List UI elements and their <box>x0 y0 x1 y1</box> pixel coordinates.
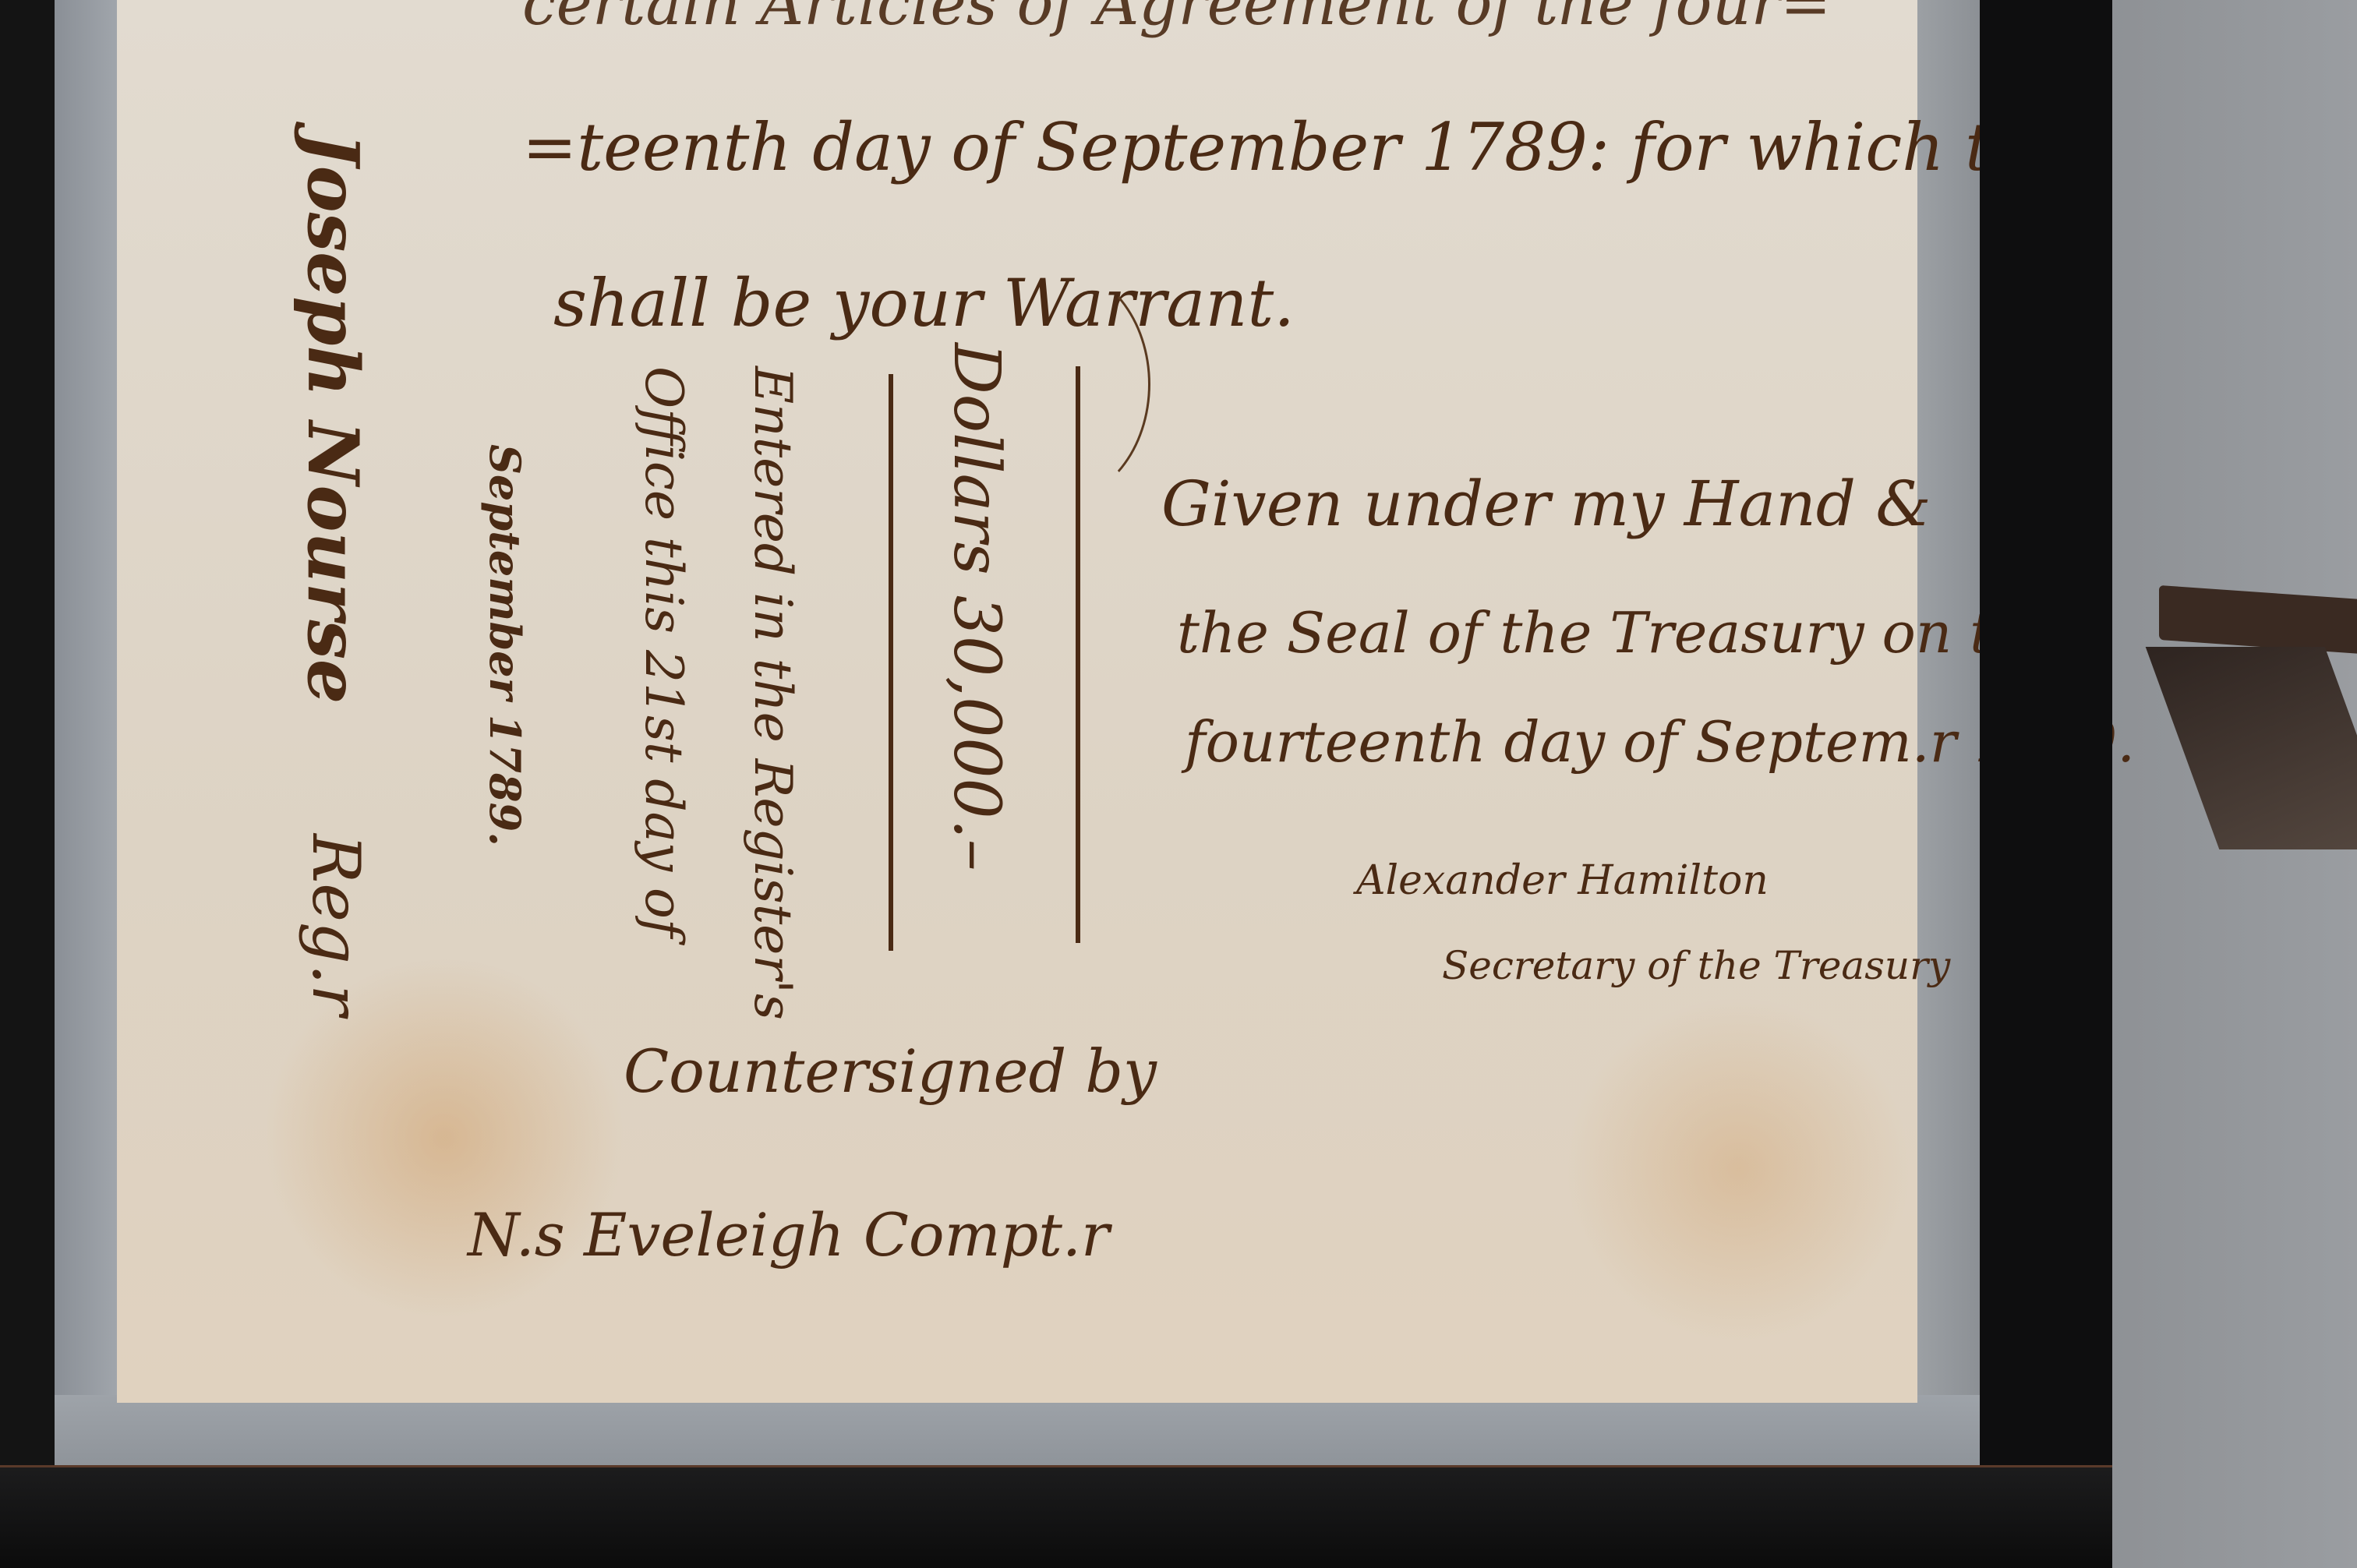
mat-left <box>55 0 125 1442</box>
countersigned-label: Countersigned by <box>624 1037 1157 1106</box>
hamilton-signature: Alexander Hamilton <box>1356 857 1769 904</box>
given-line-2: the Seal of the Treasury on the <box>1177 600 2062 666</box>
hamilton-title: Secretary of the Treasury <box>1442 943 1950 988</box>
amount-rule-left <box>889 374 893 951</box>
register-entry-line-1: Entered in the Register's <box>743 366 803 1020</box>
given-line-1: Given under my Hand & <box>1161 468 1931 540</box>
body-line-1: certain Articles of Agreement of the fou… <box>522 0 1831 39</box>
register-entry-date: September 1789. <box>480 444 530 846</box>
warrant-flourish <box>959 265 1150 503</box>
body-line-3: shall be your Warrant. <box>553 265 1295 341</box>
document-paper: certain Articles of Agreement of the fou… <box>117 0 1917 1403</box>
countersigned-name: N.s Eveleigh Compt.r <box>468 1200 1109 1270</box>
body-line-2: =teenth day of September 1789: for which… <box>522 109 2088 185</box>
frame-left <box>0 0 55 1568</box>
frame-bottom <box>0 1465 2112 1568</box>
register-entry-line-2: Office this 21st day of <box>634 366 694 938</box>
frame-right <box>1980 0 2112 1568</box>
register-signature-name: Joseph Nourse <box>292 132 374 704</box>
register-signature-title: Reg.r <box>298 834 374 1016</box>
